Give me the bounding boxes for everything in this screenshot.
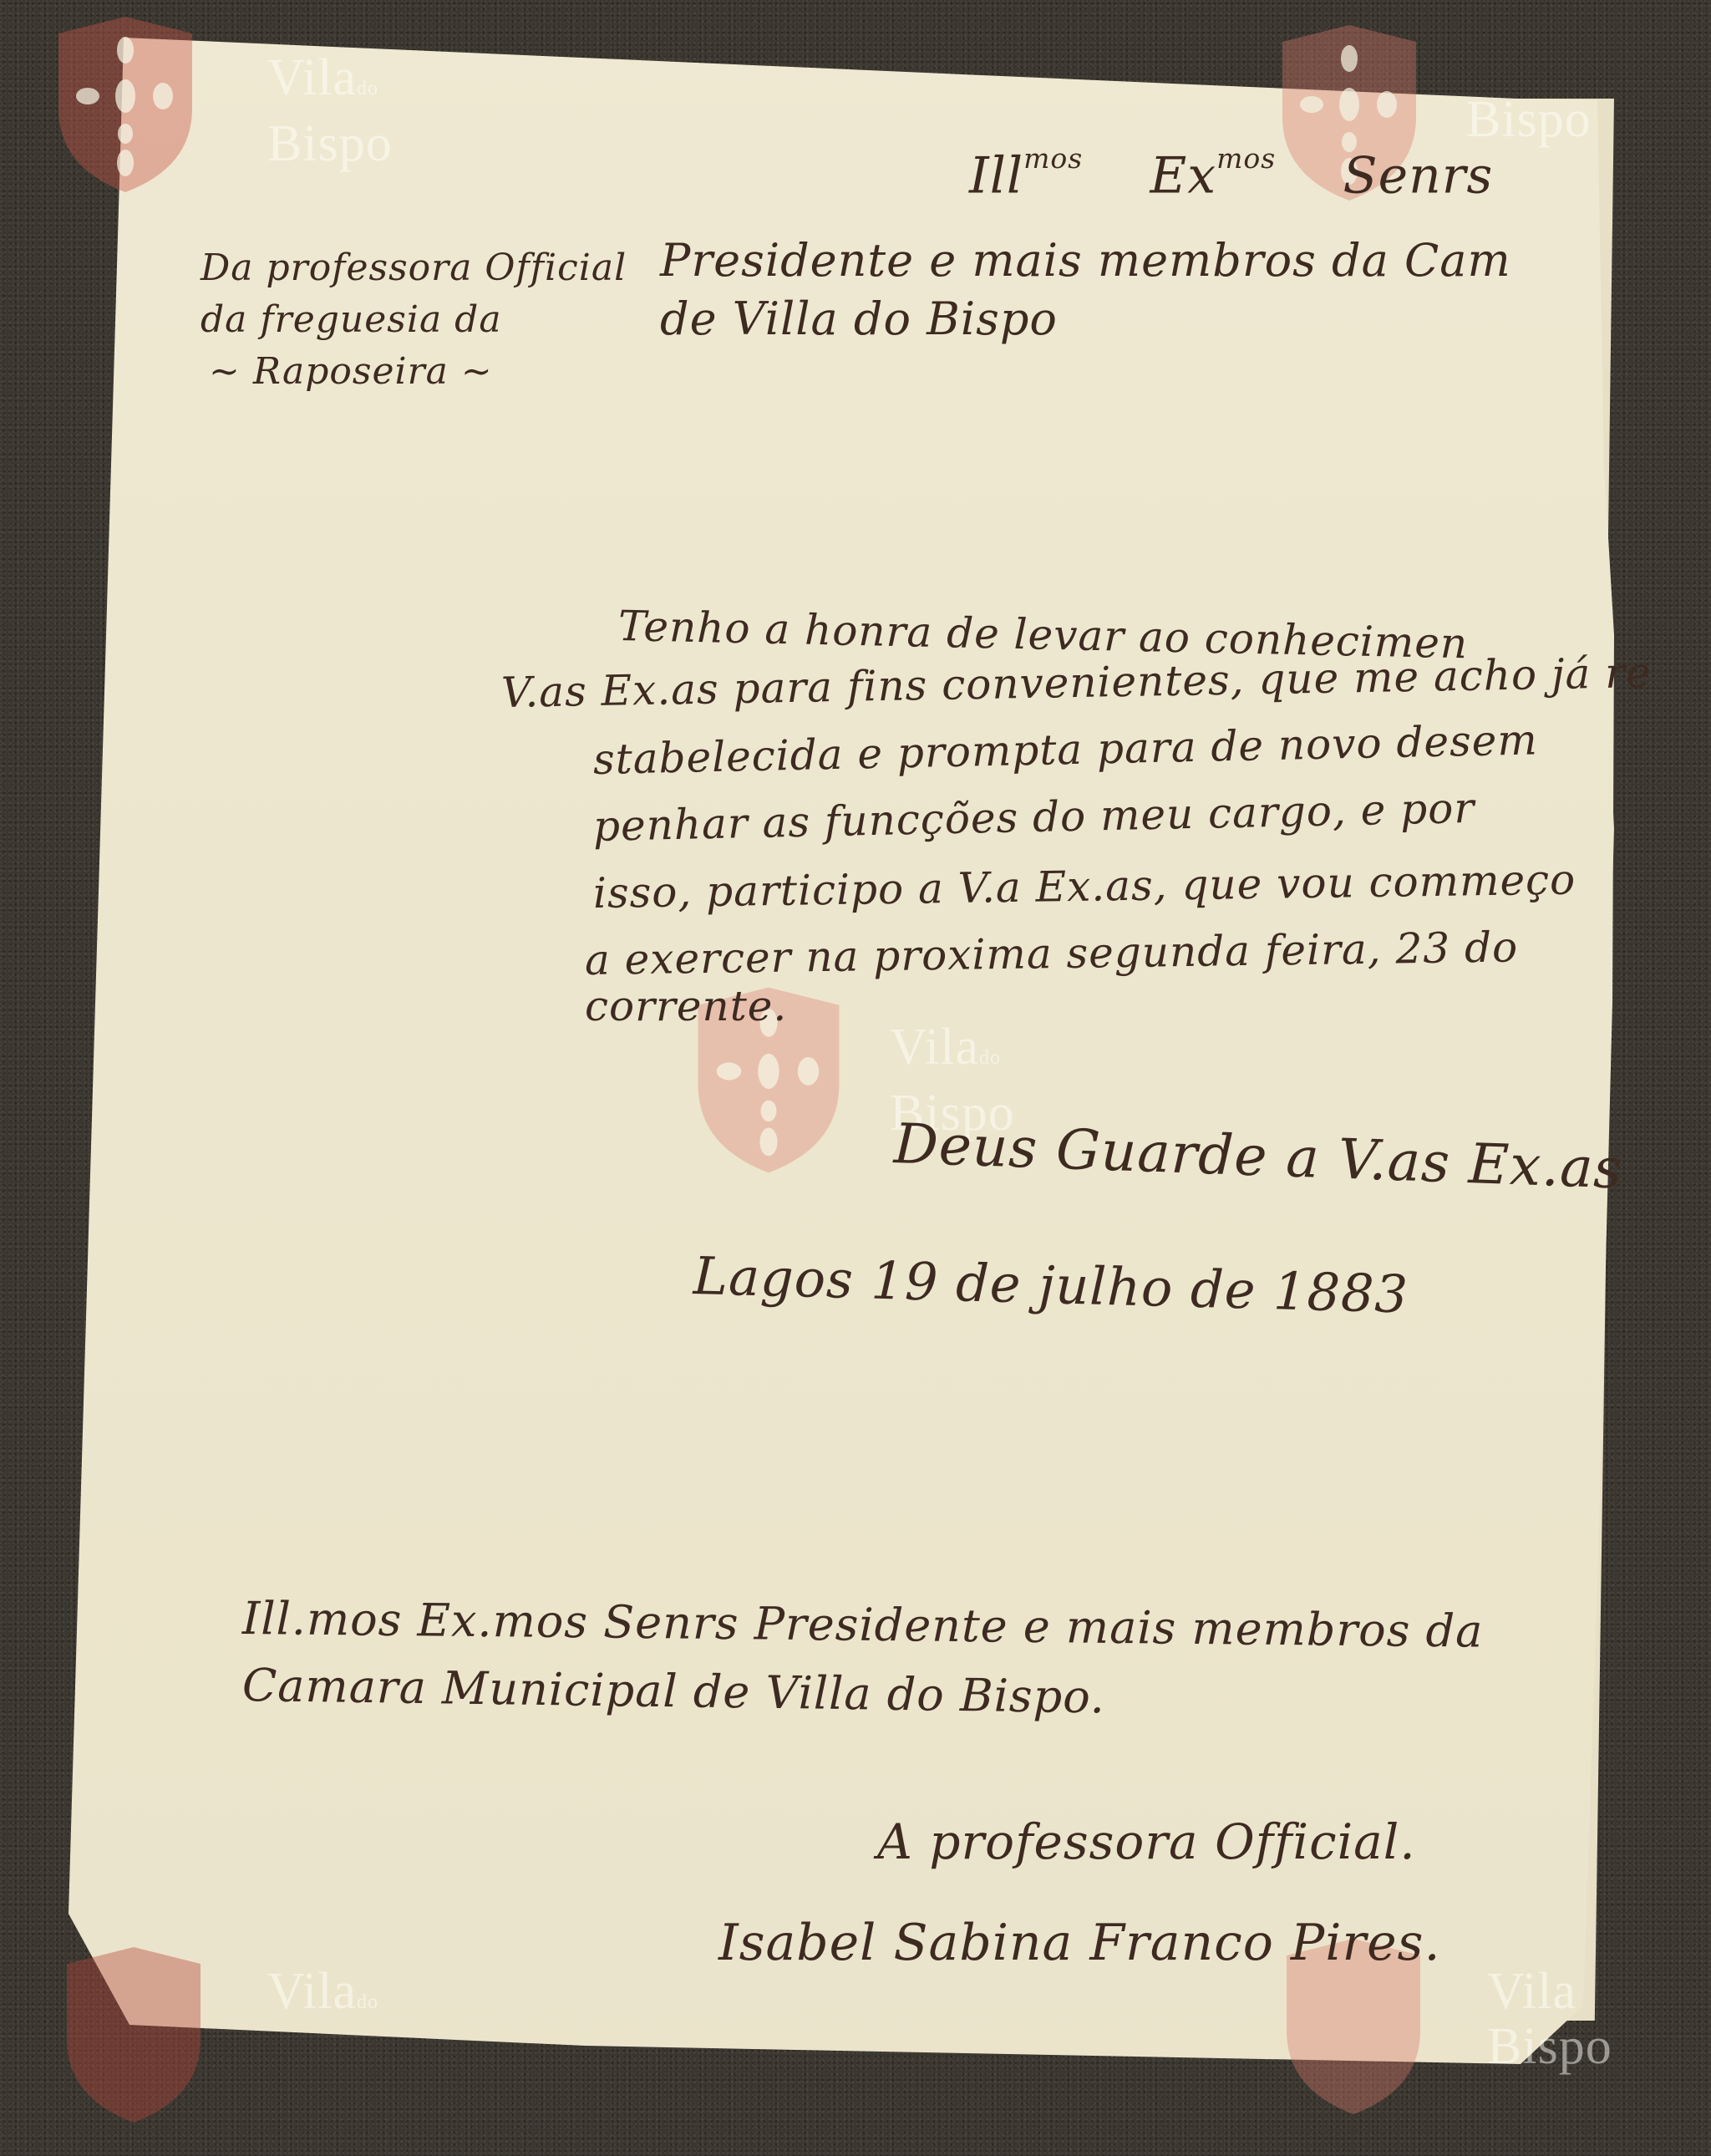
salutation-honorifics: Illmos Exmos Senrs (969, 142, 1493, 206)
margin-heading-line-2: da freguesia da (201, 294, 627, 346)
salutation-line-1: Presidente e mais membros da Cam (660, 234, 1511, 287)
coat-of-arms-icon (50, 17, 201, 192)
signature-name: Isabel Sabina Franco Pires. (718, 1914, 1441, 1972)
signature-title: A professora Official. (877, 1813, 1416, 1870)
watermark-text: Vilado (267, 1964, 378, 2030)
coat-of-arms-icon (58, 1947, 209, 2123)
margin-heading-line-3: ~ Raposeira ~ (201, 346, 627, 398)
watermark-text: Bispo (1466, 92, 1592, 147)
watermark-text: VilaBispo (1487, 1964, 1612, 2074)
watermark-text: Vilado Bispo (267, 50, 393, 171)
margin-heading-line-1: Da professora Official (201, 242, 627, 294)
salutation-line-2: de Villa do Bispo (660, 292, 1058, 345)
margin-heading: Da professora Official da freguesia da ~… (201, 242, 627, 398)
body-line-7: corrente. (585, 982, 787, 1030)
